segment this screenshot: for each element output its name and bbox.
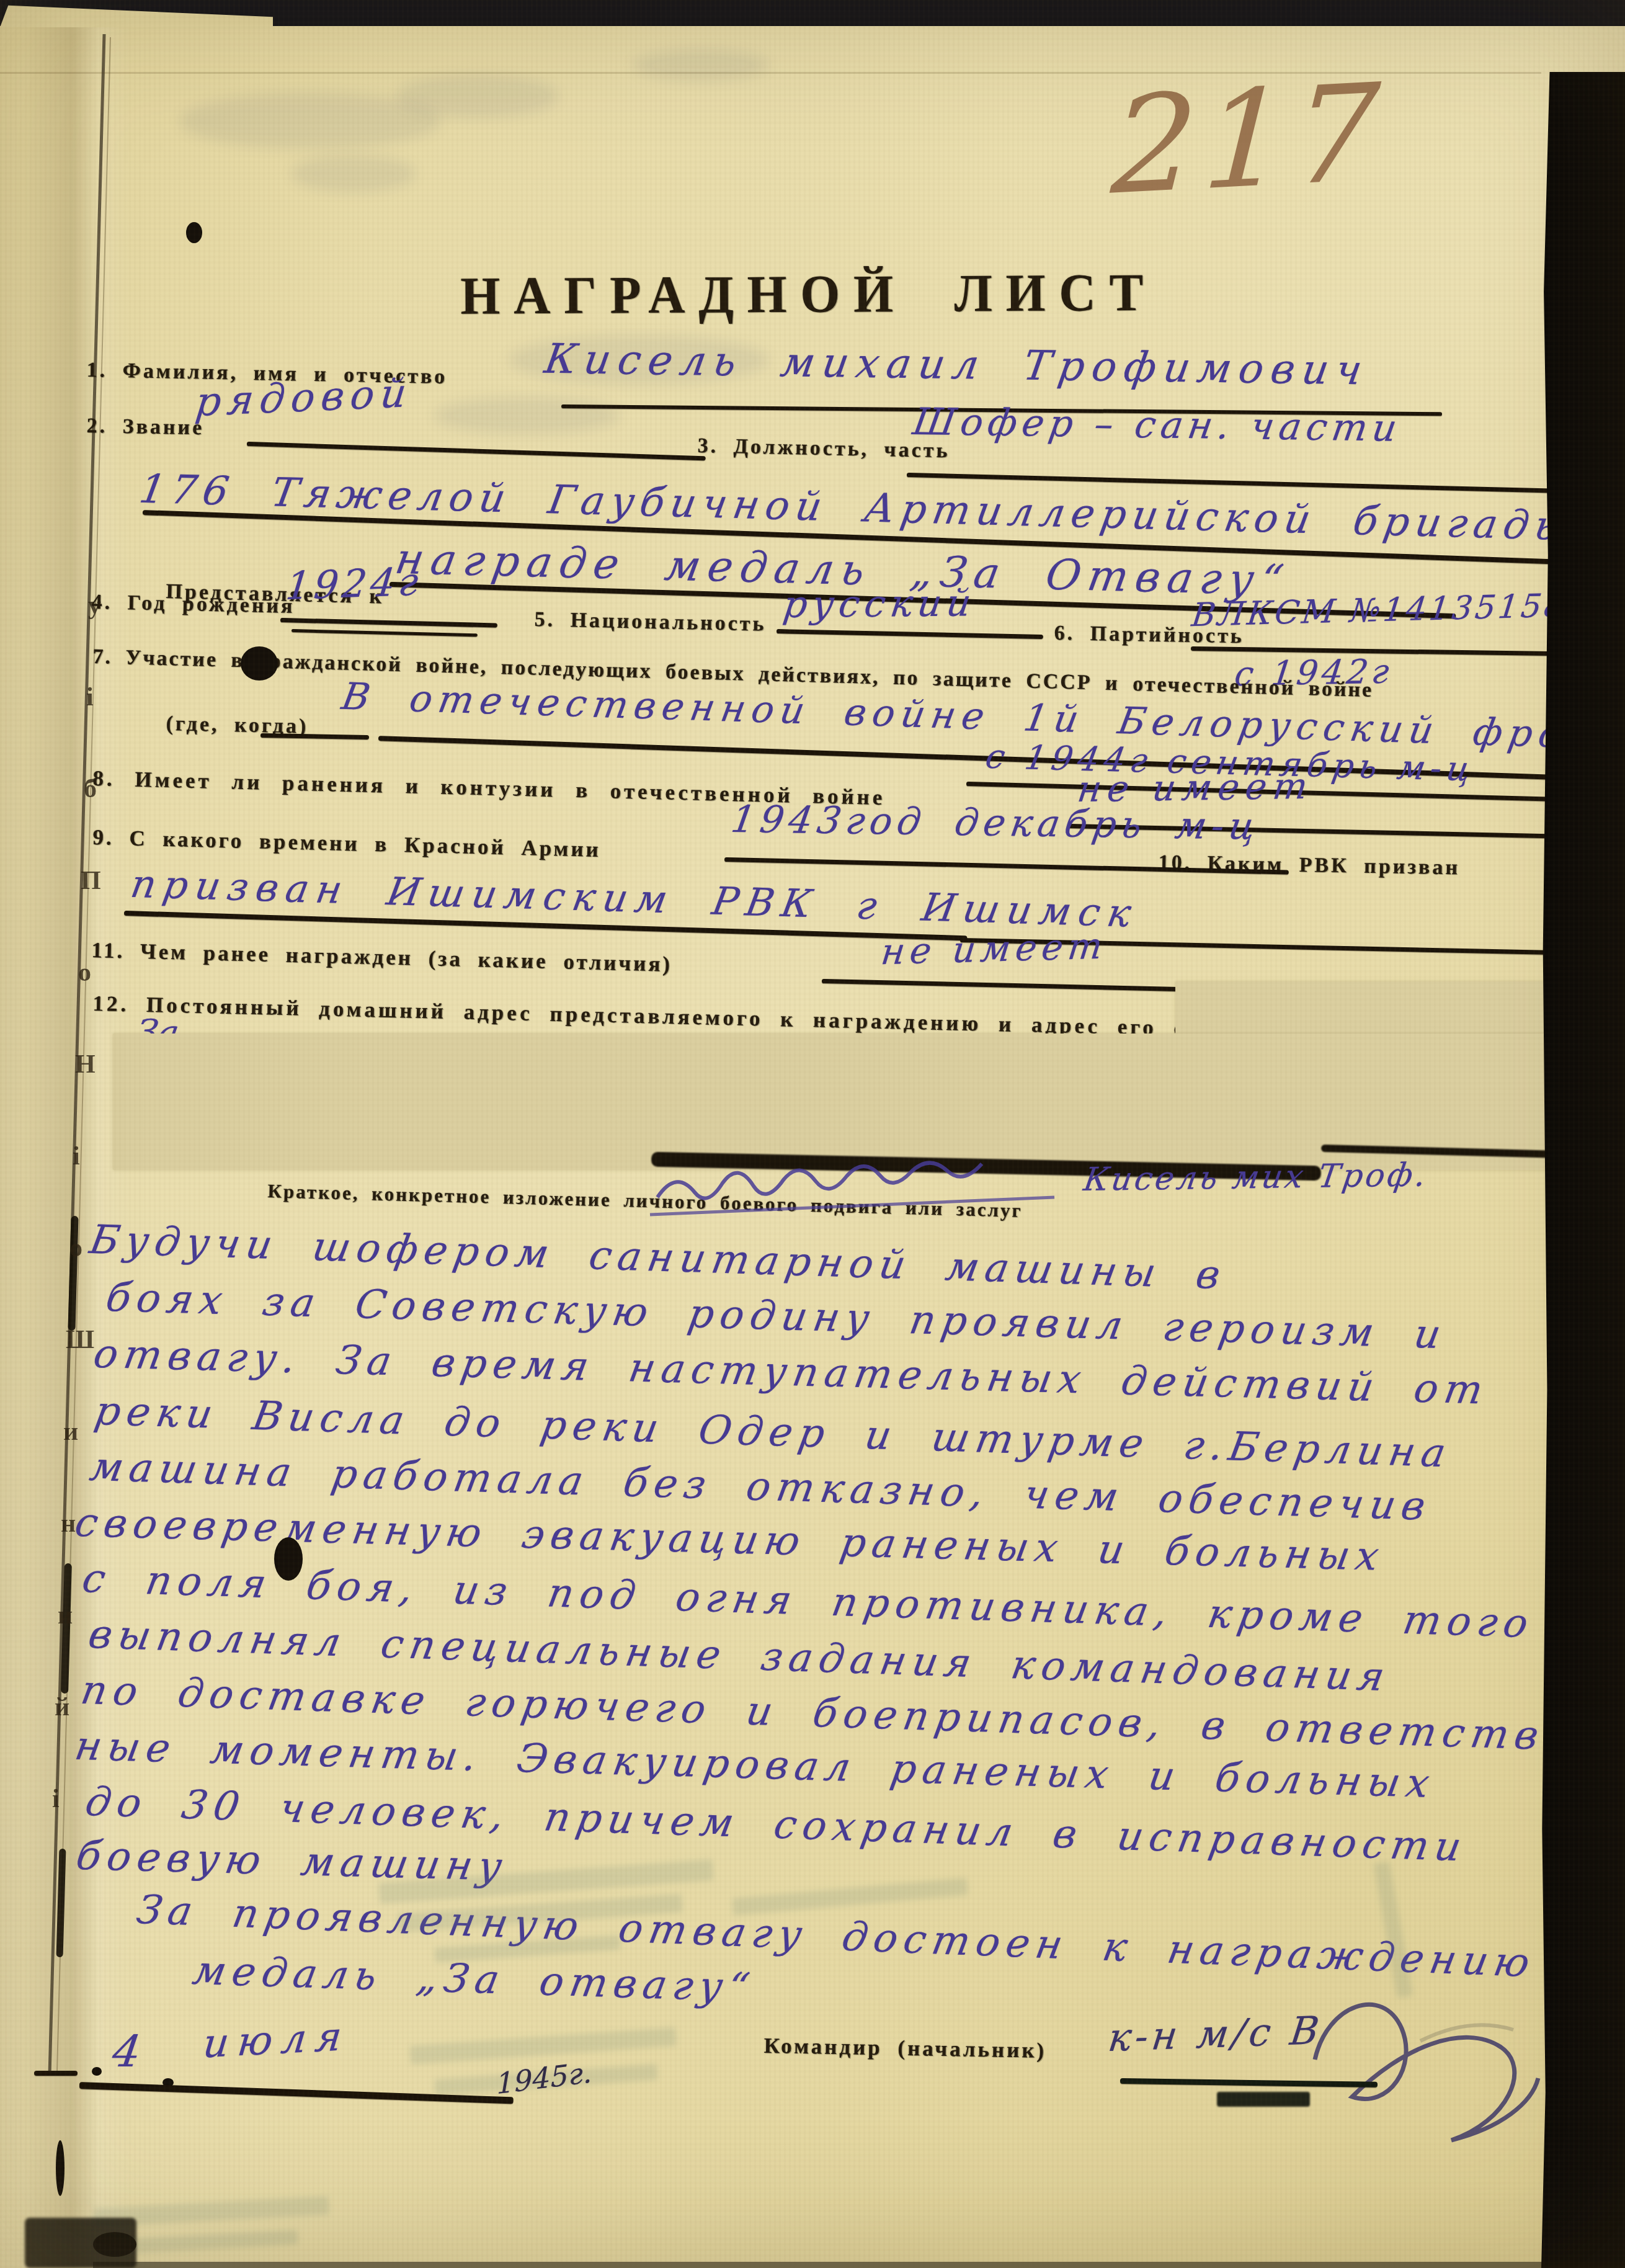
date-month: июля bbox=[201, 2014, 352, 2068]
margin-glyph: і bbox=[86, 682, 94, 712]
ink-underline bbox=[34, 2071, 78, 2076]
commander-signature: к-н м/с В bbox=[1106, 2007, 1325, 2060]
ghost-stamp bbox=[112, 2230, 298, 2254]
ink-blot bbox=[56, 2140, 65, 2196]
margin-glyph: и bbox=[63, 1417, 78, 1447]
margin-glyph: П bbox=[81, 866, 101, 896]
ink-underline bbox=[777, 629, 1043, 639]
margin-glyph: о bbox=[69, 1233, 82, 1263]
ink-blot bbox=[186, 222, 202, 243]
field3-value: Шофер – сан. части bbox=[910, 400, 1405, 450]
scan-edge-right bbox=[1541, 72, 1625, 2268]
field10-label: 10. Каким РВК призван bbox=[1158, 851, 1460, 880]
ink-underline bbox=[1120, 2078, 1378, 2087]
field9-label: 9. С какого времени в Красной Армии bbox=[92, 825, 601, 862]
redaction-block bbox=[1175, 981, 1603, 1041]
section13-name-overwrite: Кисель мих Троф. bbox=[1081, 1156, 1430, 1199]
field11-label: 11. Чем ранее награжден (за какие отличи… bbox=[91, 938, 672, 977]
field4-label: 4. Год рождения bbox=[91, 591, 295, 618]
margin-glyph: і bbox=[52, 1784, 60, 1814]
margin-glyph: Ш bbox=[66, 1325, 94, 1355]
margin-glyph: й bbox=[55, 1692, 69, 1722]
commander-label: Командир (начальник) bbox=[764, 2034, 1046, 2063]
ink-blot bbox=[241, 646, 278, 681]
bleed-smudge bbox=[434, 397, 620, 434]
section13-header: Краткое, конкретное изложение личного бо… bbox=[267, 1180, 1023, 1222]
field2-label: 2. Звание bbox=[86, 414, 204, 440]
margin-glyph: Н bbox=[75, 1050, 96, 1079]
field4-value: 1924г bbox=[283, 558, 424, 609]
field5-label: 5. Национальность bbox=[534, 608, 767, 636]
ink-underline bbox=[280, 618, 497, 628]
signature-caption-smudge bbox=[1217, 2092, 1310, 2107]
margin-glyph: о bbox=[78, 958, 91, 988]
ghost-stamp bbox=[409, 2027, 677, 2065]
ink-underline bbox=[247, 442, 706, 460]
ink-dot bbox=[92, 2067, 102, 2076]
page-title: НАГРАДНОЙ ЛИСТ bbox=[460, 262, 1157, 327]
field9-value-line2: призван Ишимским РВК г Ишимск bbox=[128, 861, 1142, 936]
bleed-smudge bbox=[633, 50, 769, 81]
ink-blot bbox=[274, 1537, 303, 1581]
award-sheet-document: у і б П о Н і о Ш и н и й і 217 НАГРАДНО… bbox=[0, 0, 1625, 2268]
field2-value: рядовой bbox=[194, 370, 416, 426]
field9-value: 1943год декабрь м-ц bbox=[728, 798, 1263, 849]
margin-glyph: и bbox=[58, 1601, 73, 1630]
field11-value: не имеет bbox=[879, 924, 1110, 973]
scan-edge-bottom bbox=[93, 2262, 1625, 2268]
page-number-pencil: 217 bbox=[1108, 54, 1389, 225]
field5-value: русский bbox=[781, 581, 979, 627]
ink-underline bbox=[292, 629, 478, 636]
bleed-smudge bbox=[397, 74, 558, 118]
scan-edge-corner bbox=[25, 2218, 136, 2268]
date-year: 1945г. bbox=[496, 2055, 592, 2101]
ghost-stamp bbox=[732, 1878, 968, 1916]
bleed-smudge bbox=[292, 155, 416, 192]
field1-value: Кисель михаил Трофимович bbox=[541, 335, 1373, 394]
margin-glyph: і bbox=[73, 1141, 80, 1171]
ink-underline bbox=[260, 733, 369, 739]
